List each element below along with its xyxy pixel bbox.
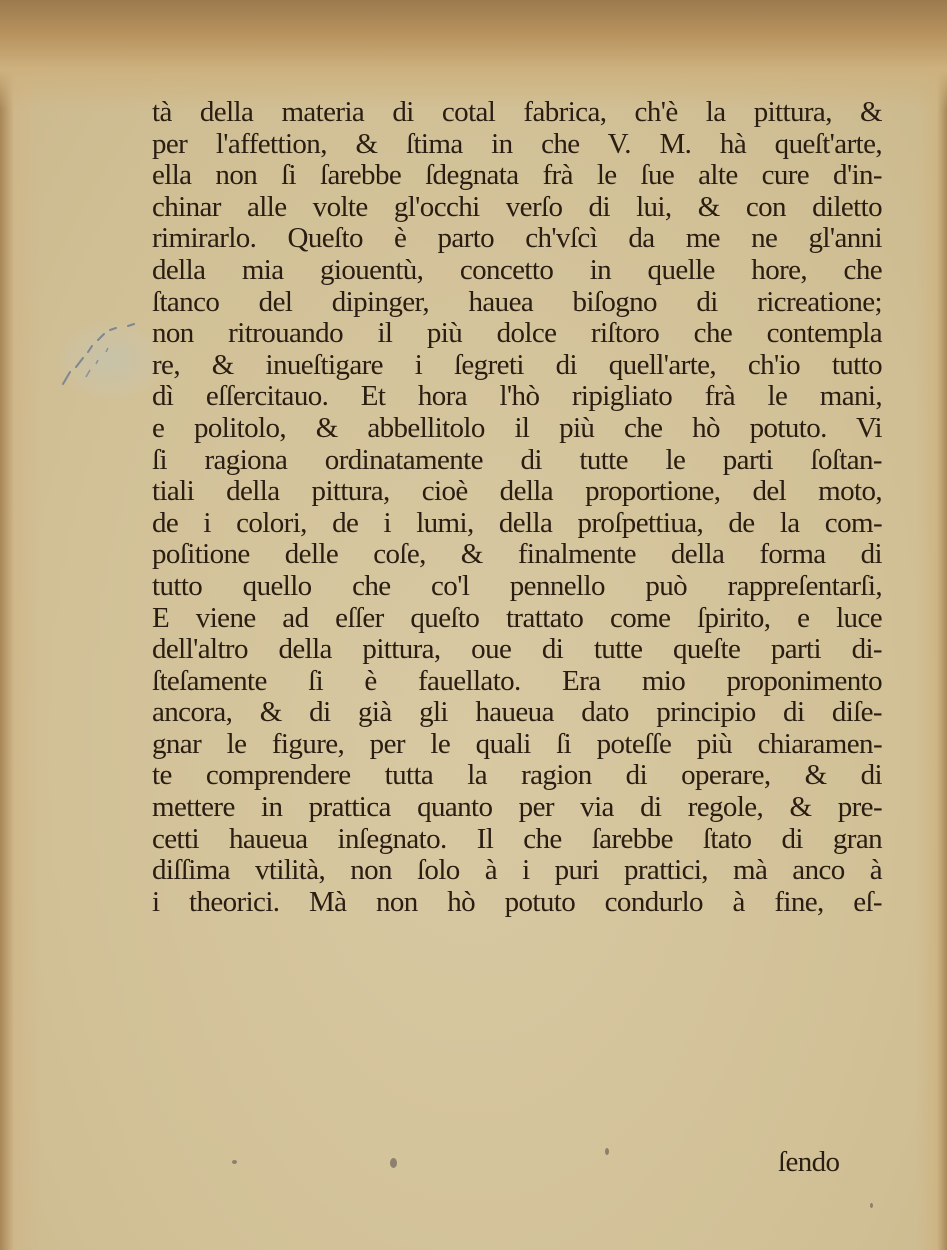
text-line: tiali della pittura, cioè della proporti… [152,476,882,508]
catchword: ſendo [778,1146,839,1179]
text-line: gnar le figure, per le quali ſi poteſſe … [152,729,882,761]
text-line: tà della materia di cotal fabrica, ch'è … [152,97,882,129]
text-line: dì eſſercitauo. Et hora l'hò ripigliato … [152,381,882,413]
text-line: e politolo, & abbellitolo il più che hò … [152,413,882,445]
text-line: cetti haueua inſegnato. Il che ſarebbe ſ… [152,824,882,856]
ink-spot [870,1203,873,1208]
ink-spot [390,1158,397,1168]
stain-marks [58,322,158,392]
text-line: dell'altro della pittura, oue di tutte q… [152,634,882,666]
text-line: ſtanco del dipinger, hauea biſogno di ri… [152,287,882,319]
text-line: rimirarlo. Queſto è parto ch'vſcì da me … [152,223,882,255]
text-line: te comprendere tutta la ragion di operar… [152,760,882,792]
text-line: poſitione delle coſe, & finalmente della… [152,539,882,571]
body-text: tà della materia di cotal fabrica, ch'è … [152,97,882,918]
text-line: ſi ragiona ordinatamente di tutte le par… [152,445,882,477]
text-line: E viene ad eſſer queſto trattato come ſp… [152,603,882,635]
text-line: ſteſamente ſi è fauellato. Era mio propo… [152,666,882,698]
text-line: de i colori, de i lumi, della proſpettiu… [152,508,882,540]
text-line: mettere in prattica quanto per via di re… [152,792,882,824]
text-line: non ritrouando il più dolce riſtoro che … [152,318,882,350]
book-page: tà della materia di cotal fabrica, ch'è … [0,0,947,1250]
text-line: della mia giouentù, concetto in quelle h… [152,255,882,287]
text-line: ancora, & di già gli haueua dato princip… [152,697,882,729]
text-line: re, & inueſtigare i ſegreti di quell'art… [152,350,882,382]
text-line: ella non ſi ſarebbe ſdegnata frà le ſue … [152,160,882,192]
text-line: diſſima vtilità, non ſolo à i puri pratt… [152,855,882,887]
text-line: tutto quello che co'l pennello può rappr… [152,571,882,603]
ink-spot [232,1160,237,1164]
text-line: chinar alle volte gl'occhi verſo di lui,… [152,192,882,224]
text-line: per l'affettion, & ſtima in che V. M. hà… [152,129,882,161]
ink-spot [605,1148,609,1155]
text-line: i theorici. Mà non hò potuto condurlo à … [152,887,882,919]
